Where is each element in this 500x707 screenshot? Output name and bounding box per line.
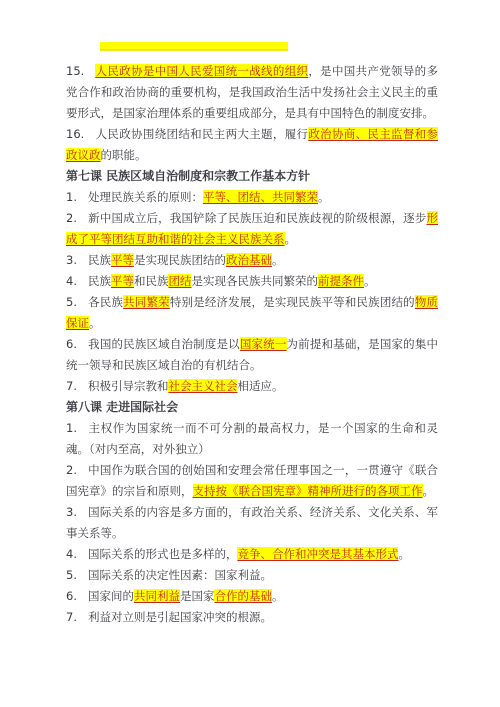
list-item: 2.中国作为联合国的创始国和安理会常任理事国之一，一贯遵守《联合国宪章》的宗旨和… [66,460,438,502]
item-number: 4. [66,544,77,565]
body-text: 。 [364,274,376,288]
item-number: 5. [66,565,77,586]
item-number: 1. [66,418,77,439]
list-item: 6.国家间的共同利益是国家合作的基础。 [66,586,438,607]
body-text: 。 [272,253,284,267]
item-number: 2. [66,208,77,229]
list-item: 3.国际关系的内容是多方面的，有政治关系、经济关系、文化关系、军事关系等。 [66,502,438,544]
cutoff-highlight-fragment [100,42,288,51]
item-number: 7. [66,607,77,628]
item-number: 3. [66,502,77,523]
highlighted-text: 共同繁荣 [123,295,170,309]
list-item: 6.我国的民族区域自治制度是以国家统一为前提和基础，是国家的集中统一领导和民族区… [66,334,438,376]
item-number: 7. [66,376,77,397]
highlighted-text: 政治基础 [226,253,272,267]
highlighted-text: 团结 [168,274,191,288]
body-text: 人民政协围绕团结和民主两大主题，履行 [95,127,308,141]
item-number: 4. [66,271,77,292]
list-item: 4.国际关系的形式也是多样的，竞争、合作和冲突是其基本形式。 [66,544,438,565]
body-text: 。 [272,589,284,603]
highlighted-text: 合作的基础 [214,589,272,603]
body-text: 。 [318,190,330,204]
highlighted-text: 支持按《联合国宪章》精神所进行的各项工作 [193,484,423,498]
body-text: 。 [285,232,297,246]
item-number: 2. [66,460,77,481]
list-section: 1.主权作为国家统一而不可分割的最高权力，是一个国家的生命和灵魂。（对内至高，对… [66,418,438,628]
body-text: 新中国成立后，我国铲除了民族压迫和民族歧视的阶级根源，逐步 [88,211,427,225]
body-text: 各民族 [88,295,123,309]
item-number: 3. [66,250,77,271]
body-text: 特别是经济发展，是实现民族平等和民族团结的 [170,295,415,309]
document-content: 15.人民政协是中国人民爱国统一战线的组织，是中国共产党领导的多党合作和政治协商… [66,42,438,628]
highlighted-text: 社会主义社会 [168,379,237,393]
document-sections: 15.人民政协是中国人民爱国统一战线的组织，是中国共产党领导的多党合作和政治协商… [66,61,438,628]
list-item: 2.新中国成立后，我国铲除了民族压迫和民族歧视的阶级根源，逐步形成了平等团结互助… [66,208,438,250]
list-item: 7.利益对立则是引起国家冲突的根源。 [66,607,438,628]
body-text: 民族 [88,253,111,267]
list-section: 1.处理民族关系的原则：平等、团结、共同繁荣。2.新中国成立后，我国铲除了民族压… [66,187,438,397]
list-item: 3.民族平等是实现民族团结的政治基础。 [66,250,438,271]
body-text: 。 [423,484,435,498]
highlighted-text: 国家统一 [240,337,287,351]
item-number: 16. [66,124,84,145]
body-text: 的职能。 [101,148,147,162]
item-number: 6. [66,334,77,355]
highlighted-text: 共同利益 [134,589,180,603]
body-text: 是国家 [180,589,215,603]
list-section: 15.人民政协是中国人民爱国统一战线的组织，是中国共产党领导的多党合作和政治协商… [66,61,438,166]
list-item: 1.主权作为国家统一而不可分割的最高权力，是一个国家的生命和灵魂。（对内至高，对… [66,418,438,460]
list-item: 5.国际关系的决定性因素：国家利益。 [66,565,438,586]
list-item: 1.处理民族关系的原则：平等、团结、共同繁荣。 [66,187,438,208]
body-text: 国家间的 [88,589,134,603]
body-text: 国际关系的内容是多方面的，有政治关系、经济关系、文化关系、军事关系等。 [66,505,438,540]
body-text: 相适应。 [237,379,283,393]
body-text: 我国的民族区域自治制度是以 [88,337,240,351]
list-item: 4.民族平等和民族团结是实现各民族共同繁荣的前提条件。 [66,271,438,292]
section-heading: 第八课 走进国际社会 [66,397,438,418]
item-number: 15. [66,61,84,82]
list-item: 7.积极引导宗教和社会主义社会相适应。 [66,376,438,397]
body-text: 民族 [88,274,111,288]
body-text: 处理民族关系的原则： [88,190,203,204]
item-number: 1. [66,187,77,208]
highlighted-text: 人民政协是中国人民爱国统一战线的组织 [95,64,308,78]
body-text: 和民族 [134,274,169,288]
body-text: 。 [398,547,410,561]
body-text: 国际关系的形式也是多样的， [88,547,238,561]
list-item: 16.人民政协围绕团结和民主两大主题，履行政治协商、民主监督和参政议政的职能。 [66,124,438,166]
body-text: 。 [89,316,101,330]
body-text: 积极引导宗教和 [88,379,169,393]
body-text: 国际关系的决定性因素：国家利益。 [88,568,272,582]
body-text: 是实现各民族共同繁荣的 [191,274,318,288]
highlighted-text: 平等 [111,253,134,267]
body-text: 是实现民族团结的 [134,253,226,267]
document-page: 15.人民政协是中国人民爱国统一战线的组织，是中国共产党领导的多党合作和政治协商… [0,0,500,707]
highlighted-text: 平等、团结、共同繁荣 [203,190,318,204]
body-text: 利益对立则是引起国家冲突的根源。 [88,610,272,624]
list-item: 5.各民族共同繁荣特别是经济发展，是实现民族平等和民族团结的物质保证。 [66,292,438,334]
highlighted-text: 前提条件 [318,274,364,288]
highlighted-text: 竞争、合作和冲突是其基本形式 [237,547,398,561]
section-heading: 第七课 民族区域自治制度和宗教工作基本方针 [66,166,438,187]
body-text: 主权作为国家统一而不可分割的最高权力，是一个国家的生命和灵魂。（对内至高，对外独… [66,421,438,456]
list-item: 15.人民政协是中国人民爱国统一战线的组织，是中国共产党领导的多党合作和政治协商… [66,61,438,124]
item-number: 6. [66,586,77,607]
item-number: 5. [66,292,77,313]
highlighted-text: 平等 [111,274,134,288]
